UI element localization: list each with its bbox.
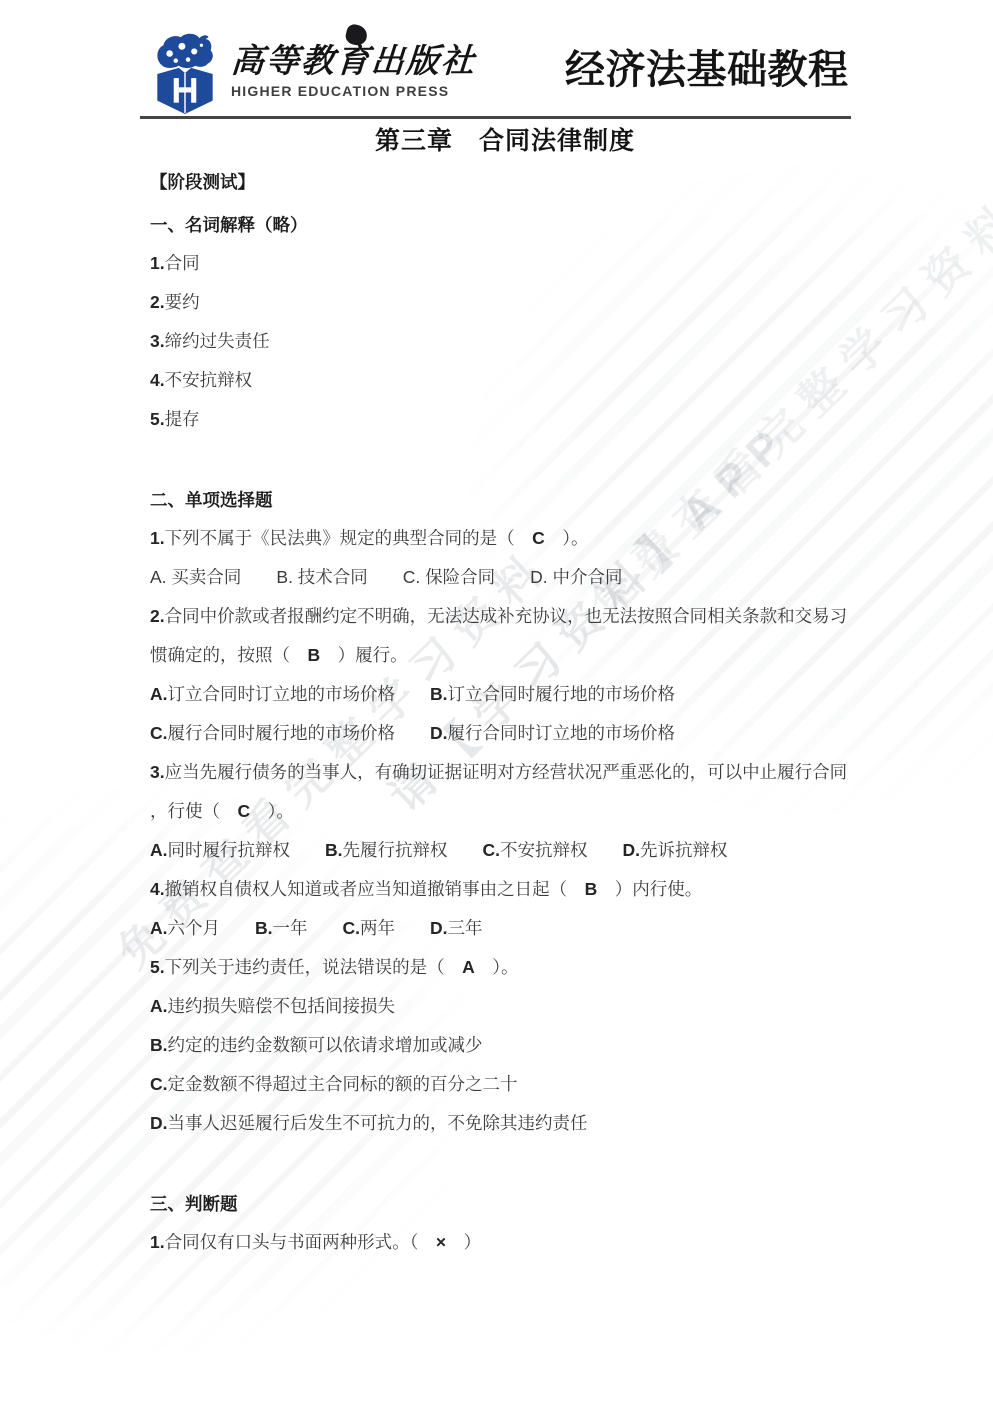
text-line: 1.下列不属于《民法典》规定的典型合同的是（ C ）。 xyxy=(150,519,860,558)
header: 高等教育出版社 HIGHER EDUCATION PRESS 经济法基础教程 xyxy=(0,0,993,116)
text-line: C.履行合同时履行地的市场价格 D.履行合同时订立地的市场价格 xyxy=(150,714,860,753)
page-title: 第三章 合同法律制度 xyxy=(150,119,860,163)
text-line: 1.合同 xyxy=(150,244,860,283)
publisher-name-cn: 高等教育出版社 xyxy=(230,42,478,80)
text-line: 惯确定的，按照（ B ）履行。 xyxy=(150,636,860,675)
text-line: ，行使（ C ）。 xyxy=(150,792,860,831)
page-root: 免费查看完整学习资料 请【学习资料】APP 免费查看完整学习资料 xyxy=(0,0,993,1404)
publisher-text-block: 高等教育出版社 HIGHER EDUCATION PRESS xyxy=(231,33,476,115)
publisher-brand: 高等教育出版社 HIGHER EDUCATION PRESS xyxy=(154,33,476,115)
question-section: 一、名词解释（略）1.合同2.要约3.缔约过失责任4.不安抗辩权5.提存 xyxy=(150,206,860,439)
text-line: 4.撤销权自债权人知道或者应当知道撤销事由之日起（ B ）内行使。 xyxy=(150,870,860,909)
text-line: 2.合同中价款或者报酬约定不明确，无法达成补充协议，也无法按照合同相关条款和交易… xyxy=(150,597,860,636)
hep-logo-icon xyxy=(154,33,216,115)
text-line: B.约定的违约金数额可以依请求增加或减少 xyxy=(150,1026,860,1065)
section-heading: 三、判断题 xyxy=(150,1185,860,1223)
text-line: 5.下列关于违约责任，说法错误的是（ A ）。 xyxy=(150,948,860,987)
document-body: 第三章 合同法律制度 【阶段测试】 一、名词解释（略）1.合同2.要约3.缔约过… xyxy=(0,119,993,1292)
question-section: 三、判断题1.合同仅有口头与书面两种形式。（ × ） xyxy=(150,1185,860,1262)
text-line: A. 买卖合同 B. 技术合同 C. 保险合同 D. 中介合同 xyxy=(150,558,860,597)
section-heading: 二、单项选择题 xyxy=(150,481,860,519)
text-line: A.同时履行抗辩权 B.先履行抗辩权 C.不安抗辩权 D.先诉抗辩权 xyxy=(150,831,860,870)
text-line: A.违约损失赔偿不包括间接损失 xyxy=(150,987,860,1026)
text-line: 4.不安抗辩权 xyxy=(150,361,860,400)
book-title: 经济法基础教程 xyxy=(565,48,849,92)
publisher-name-en: HIGHER EDUCATION PRESS xyxy=(231,83,476,99)
text-line: 5.提存 xyxy=(150,400,860,439)
text-line: 3.缔约过失责任 xyxy=(150,322,860,361)
text-line: C.定金数额不得超过主合同标的额的百分之二十 xyxy=(150,1065,860,1104)
text-line: 2.要约 xyxy=(150,283,860,322)
text-line: 1.合同仅有口头与书面两种形式。（ × ） xyxy=(150,1223,860,1262)
sections: 一、名词解释（略）1.合同2.要约3.缔约过失责任4.不安抗辩权5.提存二、单项… xyxy=(150,206,860,1262)
section-heading: 一、名词解释（略） xyxy=(150,206,860,244)
text-line: 3.应当先履行债务的当事人，有确切证据证明对方经营状况严重恶化的，可以中止履行合… xyxy=(150,753,860,792)
stage-test-label: 【阶段测试】 xyxy=(150,163,860,201)
question-section: 二、单项选择题1.下列不属于《民法典》规定的典型合同的是（ C ）。A. 买卖合… xyxy=(150,481,860,1143)
text-line: D.当事人迟延履行后发生不可抗力的，不免除其违约责任 xyxy=(150,1104,860,1143)
text-line: A.六个月 B.一年 C.两年 D.三年 xyxy=(150,909,860,948)
text-line: A.订立合同时订立地的市场价格 B.订立合同时履行地的市场价格 xyxy=(150,675,860,714)
